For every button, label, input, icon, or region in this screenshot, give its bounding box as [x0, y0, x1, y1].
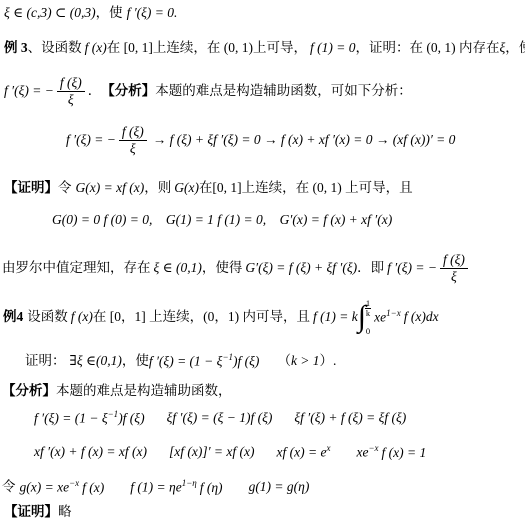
math-f1-eq-k: f (1) = k — [313, 309, 358, 326]
math-fprime-eq-neg: f ′(ξ) = − — [4, 83, 54, 100]
text-such-that: ，使得 — [202, 260, 243, 277]
step1-exponent: −1 — [108, 409, 119, 419]
example4-label: 例4 — [3, 309, 23, 326]
integral: ∫ 1 k 0 — [358, 299, 374, 335]
step7-rhs: f (x) = 1 — [382, 445, 427, 460]
text-conditions: 在 [0，1] 上连续，(0，1) 内可导，且 — [93, 309, 310, 326]
math-xi-interval: ξ ∈ (c,3) ⊂ (0,3) — [4, 5, 96, 22]
target-exponent: −1 — [222, 352, 233, 362]
math-gx-def: g(x) = xe−xf (x) — [20, 478, 105, 496]
text-such-that: ，使得 — [505, 40, 525, 57]
text-open-paren: （ — [277, 353, 291, 370]
line-derivation-row1: f ′(ξ) = (1 − ξ−1)f (ξ) ξf ′(ξ) = (ξ − 1… — [34, 409, 406, 427]
math-g1-eq-geta: g(1) = g(η) — [249, 479, 310, 496]
text-analysis: 本题的难点是构造辅助函数， — [56, 383, 232, 400]
math-Gx-def: G(x) = xf (x) — [76, 180, 145, 197]
step7-lhs: xe — [356, 445, 368, 460]
gx-lhs: g(x) = xe — [20, 480, 70, 495]
text-set-function: 、设函数 — [28, 40, 82, 57]
math-Gx: G(x) — [174, 180, 199, 197]
math-exists-xi: ∃ξ ∈(0,1) — [70, 353, 122, 370]
line-auxiliary-function: 令 g(x) = xe−xf (x) f (1) = ηe1−ηf (η) g(… — [2, 478, 309, 496]
text-let: 令 — [58, 180, 72, 197]
integral-lower-limit: 0 — [366, 327, 370, 336]
text-shi: ，使 — [122, 353, 149, 370]
line-example3-statement: 例 3 、设函数 f (x) 在 [0, 1]上连续，在 (0, 1)上可导， … — [4, 40, 525, 57]
text-prove-exists: ，证明：在 (0, 1) 内存在 — [355, 40, 499, 57]
text-prove: 证明： — [25, 353, 66, 370]
math-f1-eta: f (1) = ηe1−ηf (η) — [130, 478, 222, 496]
text-continuity-conditions: 在 [0, 1]上连续，在 (0, 1)上可导， — [107, 40, 307, 57]
step1-lhs: f ′(ξ) = (1 − ξ — [34, 411, 108, 426]
fraction-numerator: f (ξ) — [119, 124, 147, 141]
analysis-label: 【分析】 — [2, 383, 56, 400]
text-shi: ，使 — [96, 5, 123, 22]
line-G-values: G(0) = 0 f (0) = 0, G(1) = 1 f (1) = 0, … — [52, 212, 392, 229]
step6-exponent: x — [326, 443, 330, 453]
fraction-denominator: ξ — [451, 269, 457, 285]
line-example4-statement: 例4 设函数 f (x) 在 [0，1] 上连续，(0，1) 内可导，且 f (… — [3, 299, 439, 335]
line-proof-setup: 【证明】 令 G(x) = xf (x) ，则 G(x) 在[0, 1]上连续，… — [4, 180, 413, 197]
math-step6: xf (x) = ex — [277, 443, 331, 461]
math-step7: xe−xf (x) = 1 — [356, 443, 426, 461]
line-conclusion-example2: ξ ∈ (c,3) ⊂ (0,3) ，使 f ′(ξ) = 0. — [4, 5, 177, 22]
text-G-conditions: 在[0, 1]上连续，在 (0, 1) 上可导，且 — [199, 180, 413, 197]
integrand-exponent: 1−x — [386, 308, 401, 318]
f1eta-rhs: f (η) — [200, 480, 223, 495]
integral-limits: 1 k 0 — [365, 299, 371, 335]
proof-label: 【证明】 — [4, 504, 58, 521]
step1-rhs: )f (ξ) — [118, 411, 144, 426]
text-let: 令 — [2, 479, 16, 496]
math-fprime-eq-neg: f ′(ξ) = − — [66, 132, 116, 149]
math-chain-arrows: → f (ξ) + ξf ′(ξ) = 0 → f (x) + xf ′(x) … — [153, 132, 456, 149]
math-fprime-eq-neg: f ′(ξ) = − — [387, 260, 437, 277]
fraction-denominator: ξ — [130, 141, 136, 157]
text-set-function: 设函数 — [27, 309, 68, 326]
integrand-rest: f (x)dx — [404, 309, 439, 324]
line-rolle-conclusion: 由罗尔中值定理知，存在 ξ ∈ (0,1) ，使得 G′(ξ) = f (ξ) … — [2, 252, 471, 284]
analysis-label: 【分析】 — [101, 83, 155, 100]
text-that-is: ．即 — [357, 260, 384, 277]
target-rhs: )f (ξ) — [233, 354, 259, 369]
document-page: ξ ∈ (c,3) ⊂ (0,3) ，使 f ′(ξ) = 0. 例 3 、设函… — [0, 0, 525, 525]
fraction-numerator: f (ξ) — [57, 75, 85, 92]
example3-label: 例 3 — [4, 40, 28, 57]
line-analysis-intro: 【分析】 本题的难点是构造辅助函数， — [2, 383, 232, 400]
line-example4-toprove: 证明： ∃ξ ∈(0,1) ，使 f ′(ξ) = (1 − ξ−1)f (ξ)… — [25, 352, 336, 370]
text-analysis-intro: 本题的难点是构造辅助函数，可如下分析： — [155, 83, 412, 100]
math-G-values: G(0) = 0 f (0) = 0, G(1) = 1 f (1) = 0, … — [52, 212, 392, 229]
fraction: f (ξ) ξ — [116, 124, 150, 156]
fraction: f (ξ) ξ — [54, 75, 88, 107]
line-derivation-chain: f ′(ξ) = − f (ξ) ξ → f (ξ) + ξf ′(ξ) = 0… — [66, 124, 455, 156]
f1eta-exponent: 1−η — [182, 478, 197, 488]
math-fx: f (x) — [85, 40, 107, 57]
math-step4: xf ′(x) + f (x) = xf (x) — [34, 444, 147, 461]
math-fprime-zero: f ′(ξ) = 0. — [127, 5, 178, 22]
line-target-formula-analysis: f ′(ξ) = − f (ξ) ξ ． 【分析】 本题的难点是构造辅助函数，可… — [4, 75, 412, 107]
math-step1: f ′(ξ) = (1 − ξ−1)f (ξ) — [34, 409, 145, 427]
math-xi-in-01: ξ ∈ (0,1) — [154, 260, 202, 277]
math-f1-eq-0: f (1) = 0 — [310, 40, 355, 57]
step6-lhs: xf (x) = e — [277, 445, 327, 460]
integral-upper-limit: 1 k — [365, 299, 371, 318]
math-Gprime-eq: G′(ξ) = f (ξ) + ξf ′(ξ) — [245, 260, 357, 277]
text-by-rolle: 由罗尔中值定理知，存在 — [2, 260, 151, 277]
text-omitted: 略 — [58, 504, 72, 521]
fraction-denominator: ξ — [68, 92, 74, 108]
text-close-paren: ）. — [320, 353, 337, 370]
math-step3: ξf ′(ξ) + f (ξ) = ξf (ξ) — [294, 410, 406, 427]
math-k-gt-1: k > 1 — [291, 353, 320, 370]
line-derivation-row2: xf ′(x) + f (x) = xf (x) [xf (x)]′ = xf … — [34, 443, 426, 461]
fraction: f (ξ) ξ — [437, 252, 471, 284]
math-integrand: xe1−xf (x)dx — [374, 308, 438, 326]
step7-exponent: −x — [368, 443, 378, 453]
fraction-numerator: f (ξ) — [440, 252, 468, 269]
gx-rhs: f (x) — [82, 480, 104, 495]
math-target-eq: f ′(ξ) = (1 − ξ−1)f (ξ) — [149, 352, 260, 370]
line-proof-omitted: 【证明】 略 — [4, 504, 72, 521]
math-step2: ξf ′(ξ) = (ξ − 1)f (ξ) — [167, 410, 273, 427]
integrand-base: xe — [374, 309, 386, 324]
math-fx: f (x) — [71, 309, 93, 326]
text-then: ，则 — [144, 180, 171, 197]
target-lhs: f ′(ξ) = (1 − ξ — [149, 354, 223, 369]
upper-limit-denominator: k — [366, 309, 370, 318]
gx-exponent: −x — [69, 478, 79, 488]
math-step5: [xf (x)]′ = xf (x) — [169, 444, 255, 461]
proof-label: 【证明】 — [4, 180, 58, 197]
text-period: ． — [88, 83, 102, 100]
f1eta-lhs: f (1) = ηe — [130, 480, 181, 495]
